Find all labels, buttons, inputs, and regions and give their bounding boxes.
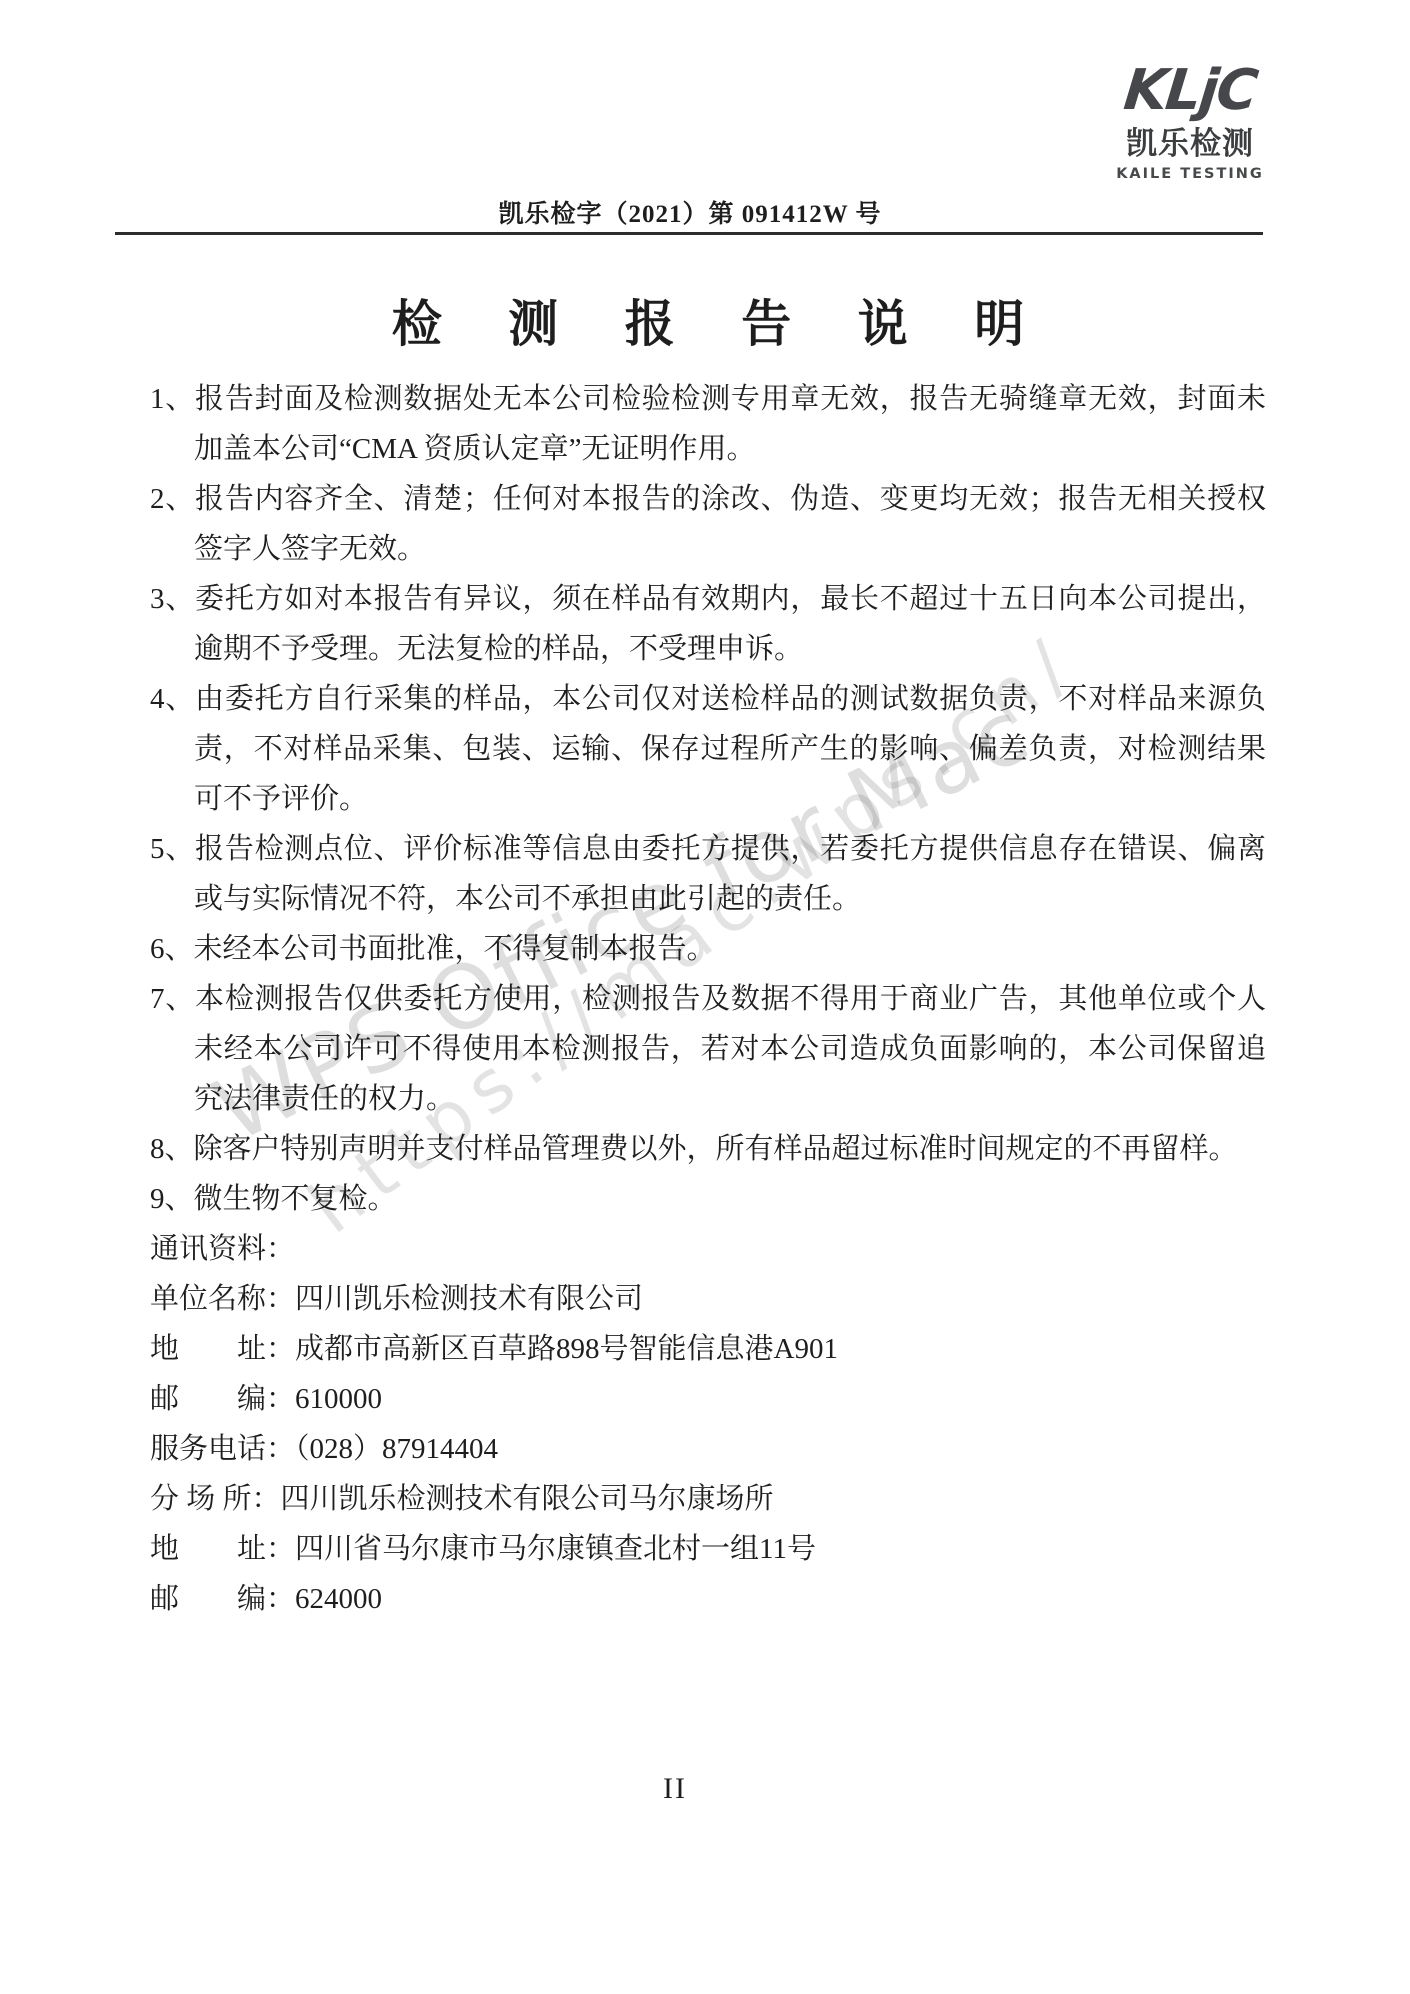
note-item-4: 4、由委托方自行采集的样品，本公司仅对送检样品的测试数据负责，不对样品来源负责，… [150,674,1266,824]
logo-name-en: KAILE TESTING [1108,165,1272,183]
note-text: 由委托方自行采集的样品，本公司仅对送检样品的测试数据负责，不对样品来源负责，不对… [194,683,1266,815]
note-item-8: 8、除客户特别声明并支付样品管理费以外，所有样品超过标准时间规定的不再留样。 [150,1124,1266,1174]
contact-value: （028）87914404 [295,1433,498,1465]
contact-address-1: 地 址：成都市高新区百草路898号智能信息港A901 [150,1324,1266,1374]
contact-value: 四川凯乐检测技术有限公司马尔康场所 [281,1483,774,1515]
notes-list: 1、报告封面及检测数据处无本公司检验检测专用章无效，报告无骑缝章无效，封面未加盖… [150,374,1266,1224]
note-number: 1、 [150,383,195,415]
note-number: 6、 [150,933,194,965]
contact-heading: 通讯资料： [150,1224,1266,1274]
note-item-2: 2、报告内容齐全、清楚；任何对本报告的涂改、伪造、变更均无效；报告无相关授权签字… [150,474,1266,574]
contact-label: 地 址： [150,1533,295,1565]
contact-label: 邮 编： [150,1583,295,1615]
note-text: 报告封面及检测数据处无本公司检验检测专用章无效，报告无骑缝章无效，封面未加盖本公… [194,383,1266,465]
note-text: 本检测报告仅供委托方使用，检测报告及数据不得用于商业广告，其他单位或个人未经本公… [194,983,1266,1115]
contact-value: 四川省马尔康市马尔康镇查北村一组11号 [295,1533,816,1565]
note-text: 委托方如对本报告有异议，须在样品有效期内，最长不超过十五日向本公司提出，逾期不予… [194,583,1266,665]
contact-value: 成都市高新区百草路898号智能信息港A901 [295,1333,838,1365]
contact-value: 610000 [295,1383,382,1415]
contact-value: 624000 [295,1583,382,1615]
note-item-1: 1、报告封面及检测数据处无本公司检验检测专用章无效，报告无骑缝章无效，封面未加盖… [150,374,1266,474]
contact-label: 单位名称： [150,1283,295,1315]
note-text: 未经本公司书面批准，不得复制本报告。 [194,933,716,965]
contact-section: 通讯资料： 单位名称：四川凯乐检测技术有限公司 地 址：成都市高新区百草路898… [150,1224,1266,1624]
contact-branch: 分 场 所：四川凯乐检测技术有限公司马尔康场所 [150,1474,1266,1524]
contact-phone: 服务电话：（028）87914404 [150,1424,1266,1474]
page-title: 检 测 报 告 说 明 [150,292,1266,356]
document-page: WPS Office for Mac https://mac.wps.cn/ K… [0,0,1410,1994]
contact-label: 分 场 所： [150,1483,281,1515]
note-number: 2、 [150,483,195,515]
note-number: 5、 [150,833,195,865]
header-rule [115,232,1263,235]
note-text: 微生物不复检。 [194,1183,397,1215]
note-item-5: 5、报告检测点位、评价标准等信息由委托方提供，若委托方提供信息存在错误、偏离或与… [150,824,1266,924]
note-text: 除客户特别声明并支付样品管理费以外，所有样品超过标准时间规定的不再留样。 [194,1133,1238,1165]
page-number: II [115,1772,1235,1806]
contact-label: 服务电话： [150,1433,295,1465]
contact-postcode-2: 邮 编：624000 [150,1574,1266,1624]
note-item-7: 7、本检测报告仅供委托方使用，检测报告及数据不得用于商业广告，其他单位或个人未经… [150,974,1266,1124]
note-number: 7、 [150,983,195,1015]
contact-label: 地 址： [150,1333,295,1365]
logo-name-cn: 凯乐检测 [1108,126,1272,162]
note-number: 9、 [150,1183,194,1215]
note-number: 8、 [150,1133,194,1165]
note-item-6: 6、未经本公司书面批准，不得复制本报告。 [150,924,1266,974]
note-item-3: 3、委托方如对本报告有异议，须在样品有效期内，最长不超过十五日向本公司提出，逾期… [150,574,1266,674]
contact-value: 四川凯乐检测技术有限公司 [295,1283,643,1315]
note-text: 报告内容齐全、清楚；任何对本报告的涂改、伪造、变更均无效；报告无相关授权签字人签… [194,483,1266,565]
note-text: 报告检测点位、评价标准等信息由委托方提供，若委托方提供信息存在错误、偏离或与实际… [194,833,1266,915]
contact-address-2: 地 址：四川省马尔康市马尔康镇查北村一组11号 [150,1524,1266,1574]
contact-postcode-1: 邮 编：610000 [150,1374,1266,1424]
document-number: 凯乐检字（2021）第 091412W 号 [115,194,1265,230]
note-number: 4、 [150,683,195,715]
main-content: 检 测 报 告 说 明 1、报告封面及检测数据处无本公司检验检测专用章无效，报告… [150,292,1266,1624]
company-logo: KLjC 凯乐检测 KAILE TESTING [1108,60,1272,183]
note-number: 3、 [150,583,195,615]
logo-kljc-icon: KLjC [1105,60,1276,122]
note-item-9: 9、微生物不复检。 [150,1174,1266,1224]
contact-label: 邮 编： [150,1383,295,1415]
contact-company-name: 单位名称：四川凯乐检测技术有限公司 [150,1274,1266,1324]
